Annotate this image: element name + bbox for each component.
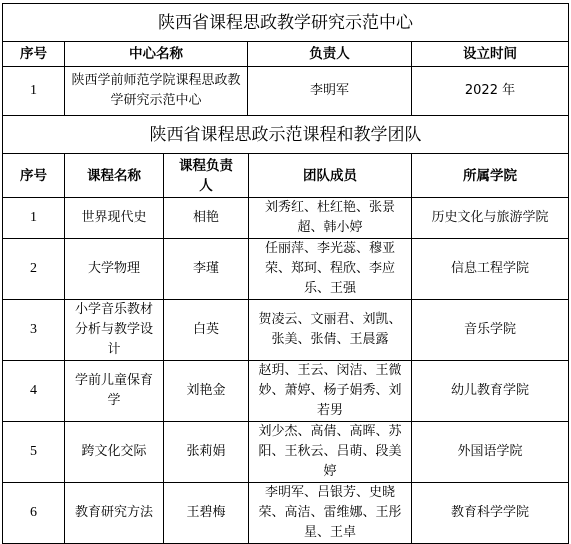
course-name: 学前儿童保育学 [65, 361, 164, 422]
center-leader: 李明军 [248, 67, 412, 116]
demonstration-course-team-table: 陕西省课程思政示范课程和教学团队 序号 课程名称 课程负责人 团队成员 所属学院… [2, 115, 569, 544]
center-name: 陕西学前师范学院课程思政教学研究示范中心 [65, 67, 248, 116]
college: 幼儿教育学院 [412, 361, 569, 422]
team-members: 刘少杰、高倩、高晖、苏阳、王秋云、吕萌、段美婷 [249, 422, 412, 483]
team-members: 李明军、吕银芳、史晓荣、高洁、雷维娜、王彤星、王卓 [249, 483, 412, 544]
header-college: 所属学院 [412, 154, 569, 198]
course-name: 世界现代史 [65, 198, 164, 239]
team-members: 任丽萍、李光蕊、穆亚荣、郑珂、程欣、李应乐、王强 [249, 239, 412, 300]
team-members: 赵玥、王云、闵洁、王微妙、萧婷、杨子娟秀、刘若男 [249, 361, 412, 422]
team-table-header-row: 序号 课程名称 课程负责人 团队成员 所属学院 [3, 154, 569, 198]
header-index: 序号 [3, 42, 65, 67]
team-members: 刘秀红、杜红艳、张景超、韩小婷 [249, 198, 412, 239]
demonstration-center-table: 陕西省课程思政教学研究示范中心 序号 中心名称 负责人 设立时间 1 陕西学前师… [2, 3, 569, 116]
header-course-leader: 课程负责人 [164, 154, 249, 198]
center-established: 2022 年 [412, 67, 569, 116]
header-team-members: 团队成员 [249, 154, 412, 198]
center-table-title: 陕西省课程思政教学研究示范中心 [3, 4, 569, 42]
table-row: 6 教育研究方法 王碧梅 李明军、吕银芳、史晓荣、高洁、雷维娜、王彤星、王卓 教… [3, 483, 569, 544]
course-name: 小学音乐教材分析与教学设计 [65, 300, 164, 361]
course-leader: 张莉娟 [164, 422, 249, 483]
row-index: 6 [3, 483, 65, 544]
team-members: 贺凌云、文丽君、刘凯、张美、张倩、王晨露 [249, 300, 412, 361]
table-row: 4 学前儿童保育学 刘艳金 赵玥、王云、闵洁、王微妙、萧婷、杨子娟秀、刘若男 幼… [3, 361, 569, 422]
course-leader: 王碧梅 [164, 483, 249, 544]
row-index: 5 [3, 422, 65, 483]
course-name: 教育研究方法 [65, 483, 164, 544]
table-row: 2 大学物理 李瑾 任丽萍、李光蕊、穆亚荣、郑珂、程欣、李应乐、王强 信息工程学… [3, 239, 569, 300]
header-index: 序号 [3, 154, 65, 198]
course-name: 大学物理 [65, 239, 164, 300]
row-index: 1 [3, 198, 65, 239]
course-leader: 刘艳金 [164, 361, 249, 422]
header-established: 设立时间 [412, 42, 569, 67]
header-course-name: 课程名称 [65, 154, 164, 198]
college: 教育科学学院 [412, 483, 569, 544]
course-name: 跨文化交际 [65, 422, 164, 483]
college: 音乐学院 [412, 300, 569, 361]
course-leader: 白英 [164, 300, 249, 361]
course-leader: 李瑾 [164, 239, 249, 300]
table-row: 1 世界现代史 相艳 刘秀红、杜红艳、张景超、韩小婷 历史文化与旅游学院 [3, 198, 569, 239]
row-index: 1 [3, 67, 65, 116]
table-row: 5 跨文化交际 张莉娟 刘少杰、高倩、高晖、苏阳、王秋云、吕萌、段美婷 外国语学… [3, 422, 569, 483]
header-leader: 负责人 [248, 42, 412, 67]
row-index: 4 [3, 361, 65, 422]
college: 外国语学院 [412, 422, 569, 483]
course-leader: 相艳 [164, 198, 249, 239]
college: 历史文化与旅游学院 [412, 198, 569, 239]
college: 信息工程学院 [412, 239, 569, 300]
center-table-header-row: 序号 中心名称 负责人 设立时间 [3, 42, 569, 67]
header-center-name: 中心名称 [65, 42, 248, 67]
table-row: 3 小学音乐教材分析与教学设计 白英 贺凌云、文丽君、刘凯、张美、张倩、王晨露 … [3, 300, 569, 361]
table-row: 1 陕西学前师范学院课程思政教学研究示范中心 李明军 2022 年 [3, 67, 569, 116]
row-index: 3 [3, 300, 65, 361]
row-index: 2 [3, 239, 65, 300]
team-table-title: 陕西省课程思政示范课程和教学团队 [3, 116, 569, 154]
